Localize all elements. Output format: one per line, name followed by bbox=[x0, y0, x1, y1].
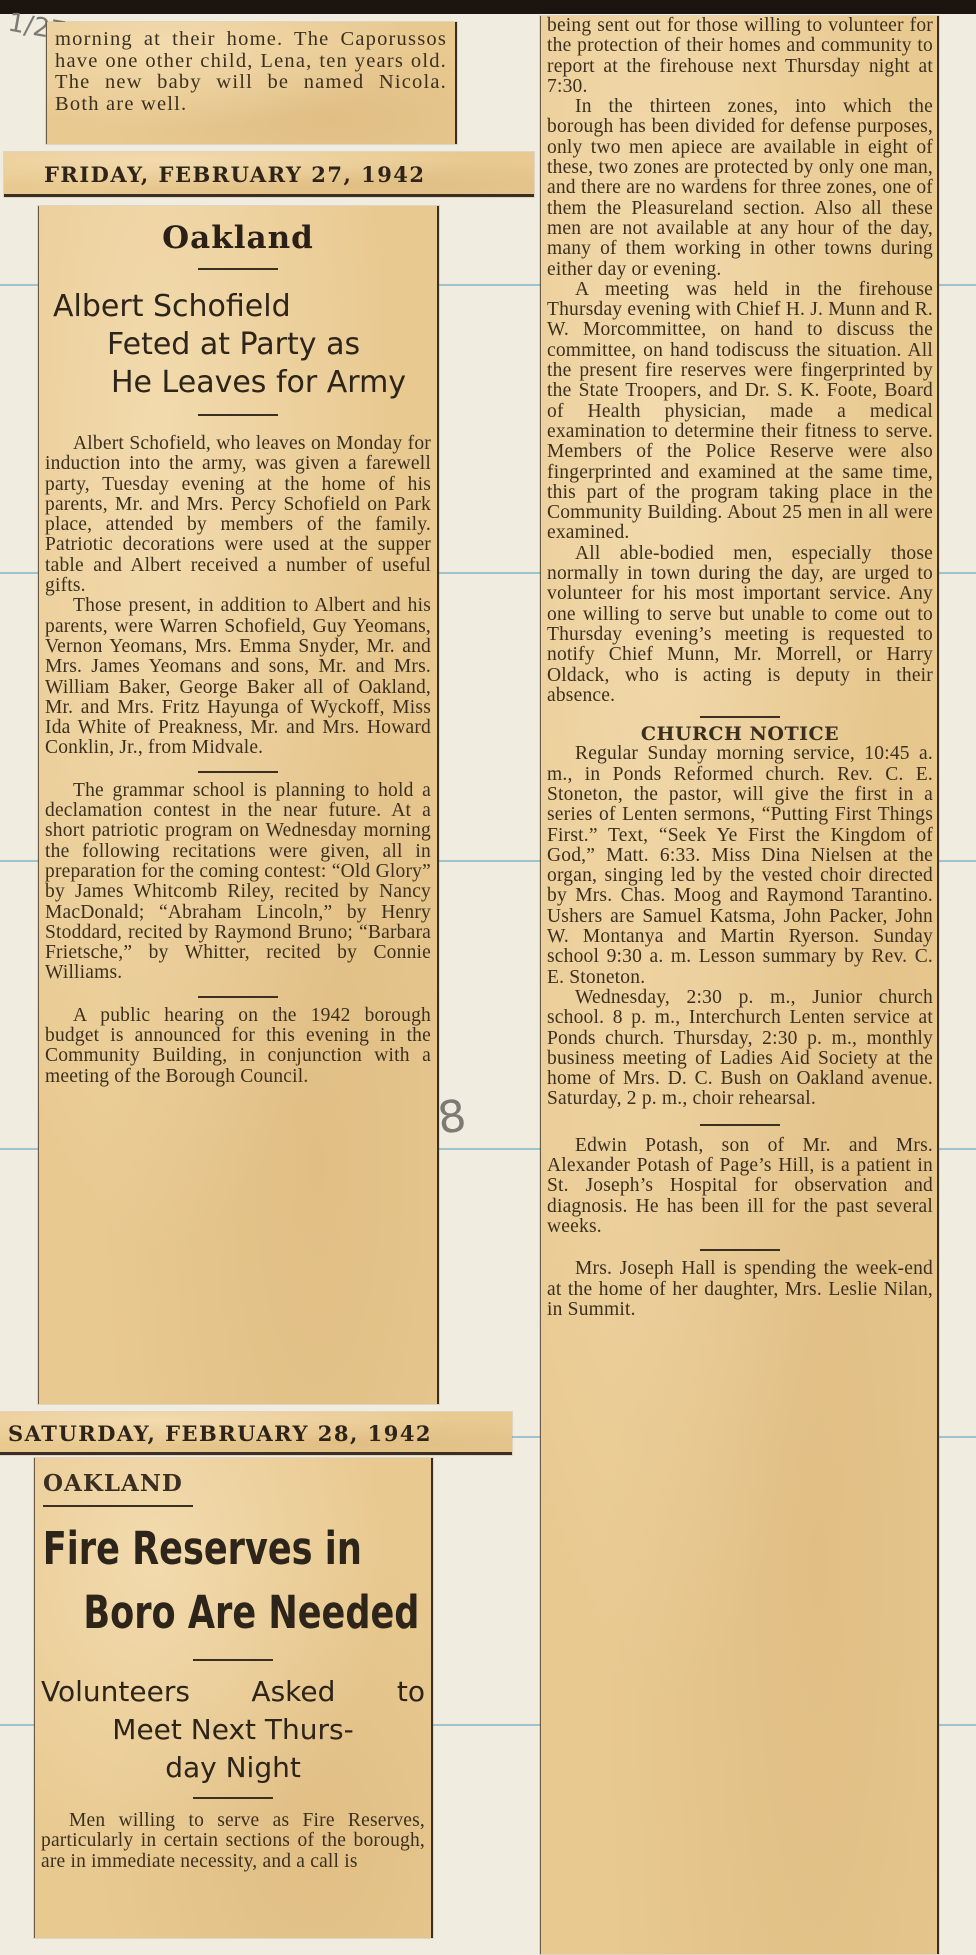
headline-line-2: Feted at Party as bbox=[53, 326, 437, 364]
fire-lead-paragraph: Men willing to serve as Fire Reserves, p… bbox=[41, 1811, 425, 1872]
divider bbox=[198, 771, 278, 773]
kicker-oakland: Oakland bbox=[39, 220, 437, 256]
clipping-caporusso-birth: morning at their home. The Caporussos ha… bbox=[46, 22, 457, 144]
church-sunday-paragraph: Regular Sunday morning service, 10:45 a.… bbox=[547, 744, 933, 988]
pencil-annotation-date: 1/27 bbox=[6, 12, 39, 39]
dateline-friday-strip: FRIDAY, FEBRUARY 27, 1942 bbox=[4, 152, 534, 197]
fire-continuation-paragraph: being sent out for those willing to volu… bbox=[547, 16, 933, 97]
fire-subhead: Volunteers Asked to Meet Next Thurs- day… bbox=[35, 1673, 431, 1787]
church-week-paragraph: Wednesday, 2:30 p. m., Junior church sch… bbox=[547, 988, 933, 1110]
divider bbox=[700, 716, 780, 718]
meeting-paragraph: A meeting was held in the firehouse Thur… bbox=[547, 280, 933, 544]
divider bbox=[700, 1249, 780, 1251]
able-bodied-paragraph: All able-bodied men, especially those no… bbox=[547, 544, 933, 706]
clipping-fire-reserves-article: OAKLAND Fire Reserves in Boro Are Needed… bbox=[34, 1458, 433, 1938]
headline-line-1: Albert Schofield bbox=[53, 288, 437, 326]
grammar-school-paragraph: The grammar school is planning to hold a… bbox=[45, 781, 431, 984]
schofield-headline: Albert Schofield Feted at Party as He Le… bbox=[39, 288, 437, 402]
divider bbox=[43, 1505, 193, 1507]
hall-paragraph: Mrs. Joseph Hall is spending the week-en… bbox=[547, 1259, 933, 1320]
potash-paragraph: Edwin Potash, son of Mr. and Mrs. Alexan… bbox=[547, 1136, 933, 1237]
subhead-line-1: Volunteers Asked to bbox=[35, 1673, 431, 1711]
schofield-paragraph: Albert Schofield, who leaves on Monday f… bbox=[45, 434, 431, 596]
schofield-paragraph: Those present, in addition to Albert and… bbox=[45, 596, 431, 758]
church-notice-heading: CHURCH NOTICE bbox=[547, 724, 933, 744]
divider bbox=[198, 268, 278, 270]
headline-line-1: Fire Reserves in bbox=[43, 1517, 433, 1581]
dateline-friday: FRIDAY, FEBRUARY 27, 1942 bbox=[4, 152, 534, 187]
dateline-saturday-strip: SATURDAY, FEBRUARY 28, 1942 bbox=[0, 1412, 512, 1455]
kicker-oakland-caps: OAKLAND bbox=[43, 1470, 431, 1497]
headline-line-3: He Leaves for Army bbox=[53, 364, 437, 402]
divider bbox=[193, 1659, 273, 1661]
caporusso-text: morning at their home. The Caporussos ha… bbox=[55, 29, 447, 115]
clipping-right-column: being sent out for those willing to volu… bbox=[540, 16, 939, 1954]
subhead-line-2: Meet Next Thurs- bbox=[35, 1711, 431, 1749]
headline-line-2: Boro Are Needed bbox=[43, 1581, 433, 1645]
subhead-line-3: day Night bbox=[35, 1749, 431, 1787]
fire-headline: Fire Reserves in Boro Are Needed bbox=[35, 1517, 433, 1645]
divider bbox=[700, 1124, 780, 1126]
clipping-schofield-article: Oakland Albert Schofield Feted at Party … bbox=[38, 206, 439, 1404]
divider bbox=[198, 996, 278, 998]
zones-paragraph: In the thirteen zones, into which the bo… bbox=[547, 97, 933, 280]
dateline-saturday: SATURDAY, FEBRUARY 28, 1942 bbox=[0, 1412, 512, 1446]
public-hearing-paragraph: A public hearing on the 1942 borough bud… bbox=[45, 1006, 431, 1087]
